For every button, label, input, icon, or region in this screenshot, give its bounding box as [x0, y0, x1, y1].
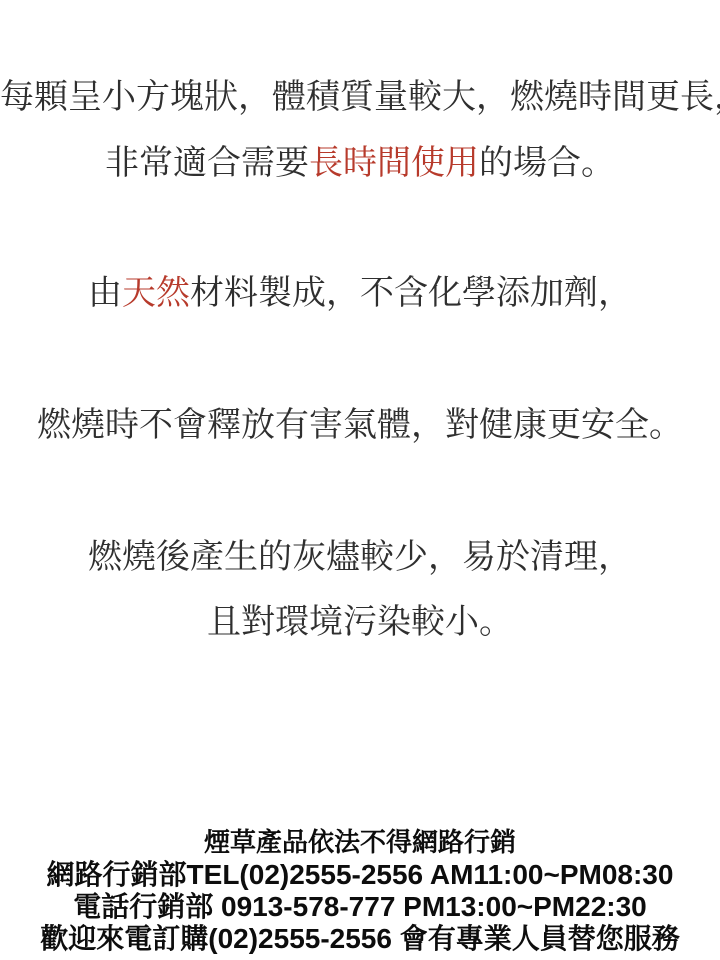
feature-health-safety: 燃燒時不會釋放有害氣體，對健康更安全。 — [0, 392, 720, 458]
feature-less-ash-line2: 且對環境污染較小。 — [0, 590, 720, 655]
feature-less-ash-text: 燃燒後產生的灰燼較少，易於清理， — [88, 538, 632, 576]
feature-natural-material: 由天然材料製成，不含化學添加劑， — [0, 260, 720, 326]
feature-burn-time-highlight: 長時間使用 — [309, 144, 479, 182]
order-hotline: 歡迎來電訂購(02)2555-2556 會有專業人員替您服務 — [0, 923, 720, 955]
feature-burn-time-pre: 非常適合需要 — [105, 144, 309, 182]
feature-natural-highlight: 天然 — [122, 274, 190, 312]
feature-natural-pre: 由 — [88, 274, 122, 312]
feature-less-ash-line1: 燃燒後產生的灰燼較少，易於清理， — [0, 525, 720, 590]
feature-burn-time-text: 每顆呈小方塊狀，體積質量較大，燃燒時間更長， — [0, 78, 720, 116]
feature-natural-post: 材料製成，不含化學添加劑， — [190, 274, 632, 312]
contact-footer: 煙草產品依法不得網路行銷 網路行銷部TEL(02)2555-2556 AM11:… — [0, 825, 720, 955]
feature-environment-text: 且對環境污染較小。 — [207, 603, 513, 641]
phone-marketing-contact: 電話行銷部 0913-578-777 PM13:00~PM22:30 — [0, 891, 720, 923]
feature-burn-time: 每顆呈小方塊狀，體積質量較大，燃燒時間更長， 非常適合需要長時間使用的場合。 — [0, 64, 720, 196]
product-description-page: 每顆呈小方塊狀，體積質量較大，燃燒時間更長， 非常適合需要長時間使用的場合。 由… — [0, 0, 720, 960]
feature-burn-time-line1: 每顆呈小方塊狀，體積質量較大，燃燒時間更長， — [0, 64, 720, 130]
feature-health-safety-text: 燃燒時不會釋放有害氣體，對健康更安全。 — [37, 406, 683, 444]
legal-notice: 煙草產品依法不得網路行銷 — [0, 825, 720, 859]
feature-less-ash: 燃燒後產生的灰燼較少，易於清理， 且對環境污染較小。 — [0, 525, 720, 655]
feature-burn-time-post: 的場合。 — [479, 144, 615, 182]
online-marketing-contact: 網路行銷部TEL(02)2555-2556 AM11:00~PM08:30 — [0, 859, 720, 891]
feature-burn-time-line2: 非常適合需要長時間使用的場合。 — [0, 130, 720, 196]
